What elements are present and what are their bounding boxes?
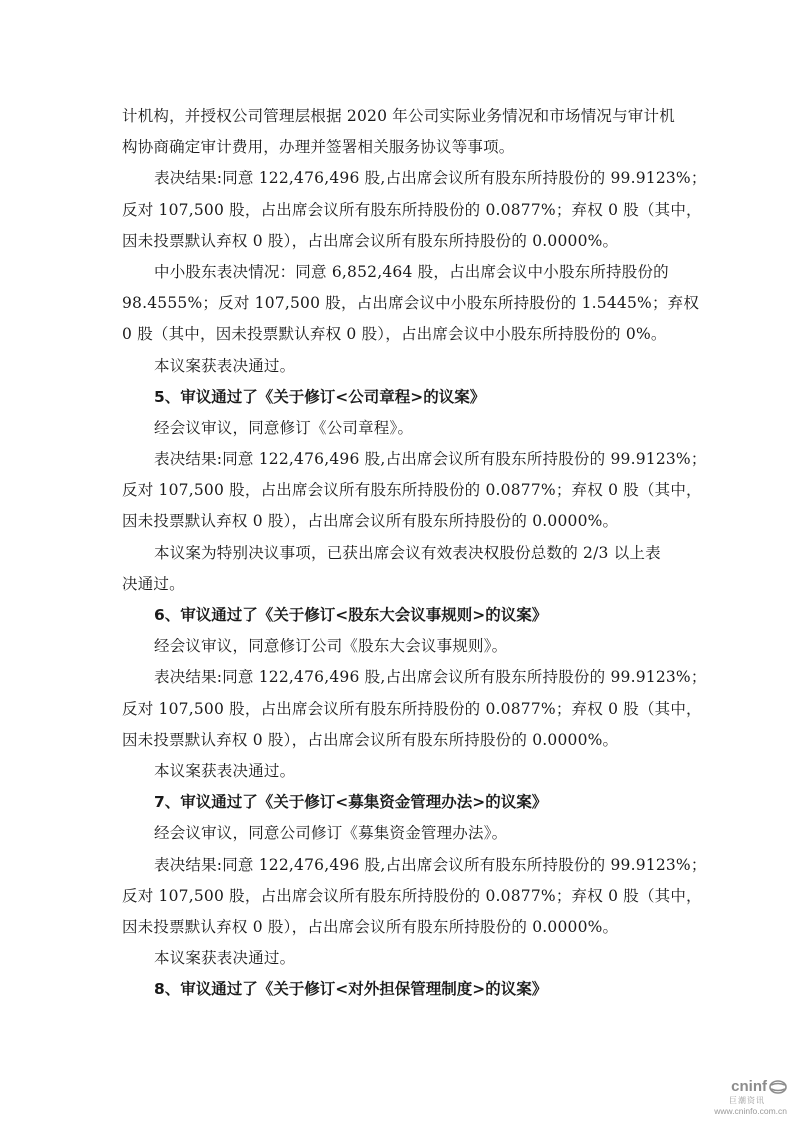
body-line: 反对 107,500 股，占出席会议所有股东所持股份的 0.0877%；弃权 0…: [122, 694, 682, 725]
vote-result-line: 表决结果:同意 122,476,496 股,占出席会议所有股东所持股份的 99.…: [122, 662, 682, 693]
cninfo-watermark: cninf 巨潮资讯 www.cninfo.com.cn: [714, 1078, 787, 1116]
section-heading-5: 5、审议通过了《关于修订<公司章程>的议案》: [122, 382, 682, 413]
minority-vote-line: 中小股东表决情况：同意 6,852,464 股，占出席会议中小股东所持股份的: [122, 257, 682, 288]
section-heading-7: 7、审议通过了《关于修订<募集资金管理办法>的议案》: [122, 787, 682, 818]
passed-statement: 本议案获表决通过。: [122, 351, 682, 382]
body-line: 0 股（其中，因未投票默认弃权 0 股），占出席会议中小股东所持股份的 0%。: [122, 319, 682, 350]
body-line: 构协商确定审计费用，办理并签署相关服务协议等事项。: [122, 132, 682, 163]
body-line: 因未投票默认弃权 0 股），占出席会议所有股东所持股份的 0.0000%。: [122, 912, 682, 943]
document-body: 计机构，并授权公司管理层根据 2020 年公司实际业务情况和市场情况与审计机 构…: [122, 101, 682, 1005]
body-line: 因未投票默认弃权 0 股），占出席会议所有股东所持股份的 0.0000%。: [122, 725, 682, 756]
brand-row: cninf: [714, 1078, 787, 1095]
special-resolution-statement: 本议案为特别决议事项，已获出席会议有效表决权股份总数的 2/3 以上表: [122, 538, 682, 569]
section-heading-8: 8、审议通过了《关于修订<对外担保管理制度>的议案》: [122, 974, 682, 1005]
body-line: 因未投票默认弃权 0 股），占出席会议所有股东所持股份的 0.0000%。: [122, 506, 682, 537]
passed-statement: 本议案获表决通过。: [122, 756, 682, 787]
review-statement: 经会议审议，同意修订公司《股东大会议事规则》。: [122, 631, 682, 662]
vote-result-line: 表决结果:同意 122,476,496 股,占出席会议所有股东所持股份的 99.…: [122, 850, 682, 881]
cninfo-logo-icon: [769, 1080, 787, 1094]
body-line: 反对 107,500 股，占出席会议所有股东所持股份的 0.0877%；弃权 0…: [122, 195, 682, 226]
body-line: 98.4555%；反对 107,500 股，占出席会议中小股东所持股份的 1.5…: [122, 288, 682, 319]
brand-url: www.cninfo.com.cn: [714, 1106, 787, 1116]
review-statement: 经会议审议，同意公司修订《募集资金管理办法》。: [122, 818, 682, 849]
body-line: 因未投票默认弃权 0 股），占出席会议所有股东所持股份的 0.0000%。: [122, 226, 682, 257]
body-line: 计机构，并授权公司管理层根据 2020 年公司实际业务情况和市场情况与审计机: [122, 101, 682, 132]
brand-chinese-name: 巨潮资讯: [714, 1095, 765, 1106]
body-line: 反对 107,500 股，占出席会议所有股东所持股份的 0.0877%；弃权 0…: [122, 881, 682, 912]
vote-result-line: 表决结果:同意 122,476,496 股,占出席会议所有股东所持股份的 99.…: [122, 444, 682, 475]
brand-name: cninf: [731, 1078, 767, 1095]
section-heading-6: 6、审议通过了《关于修订<股东大会议事规则>的议案》: [122, 600, 682, 631]
passed-statement: 本议案获表决通过。: [122, 943, 682, 974]
body-line: 反对 107,500 股，占出席会议所有股东所持股份的 0.0877%；弃权 0…: [122, 475, 682, 506]
vote-result-line: 表决结果:同意 122,476,496 股,占出席会议所有股东所持股份的 99.…: [122, 163, 682, 194]
review-statement: 经会议审议，同意修订《公司章程》。: [122, 413, 682, 444]
body-line: 决通过。: [122, 569, 682, 600]
